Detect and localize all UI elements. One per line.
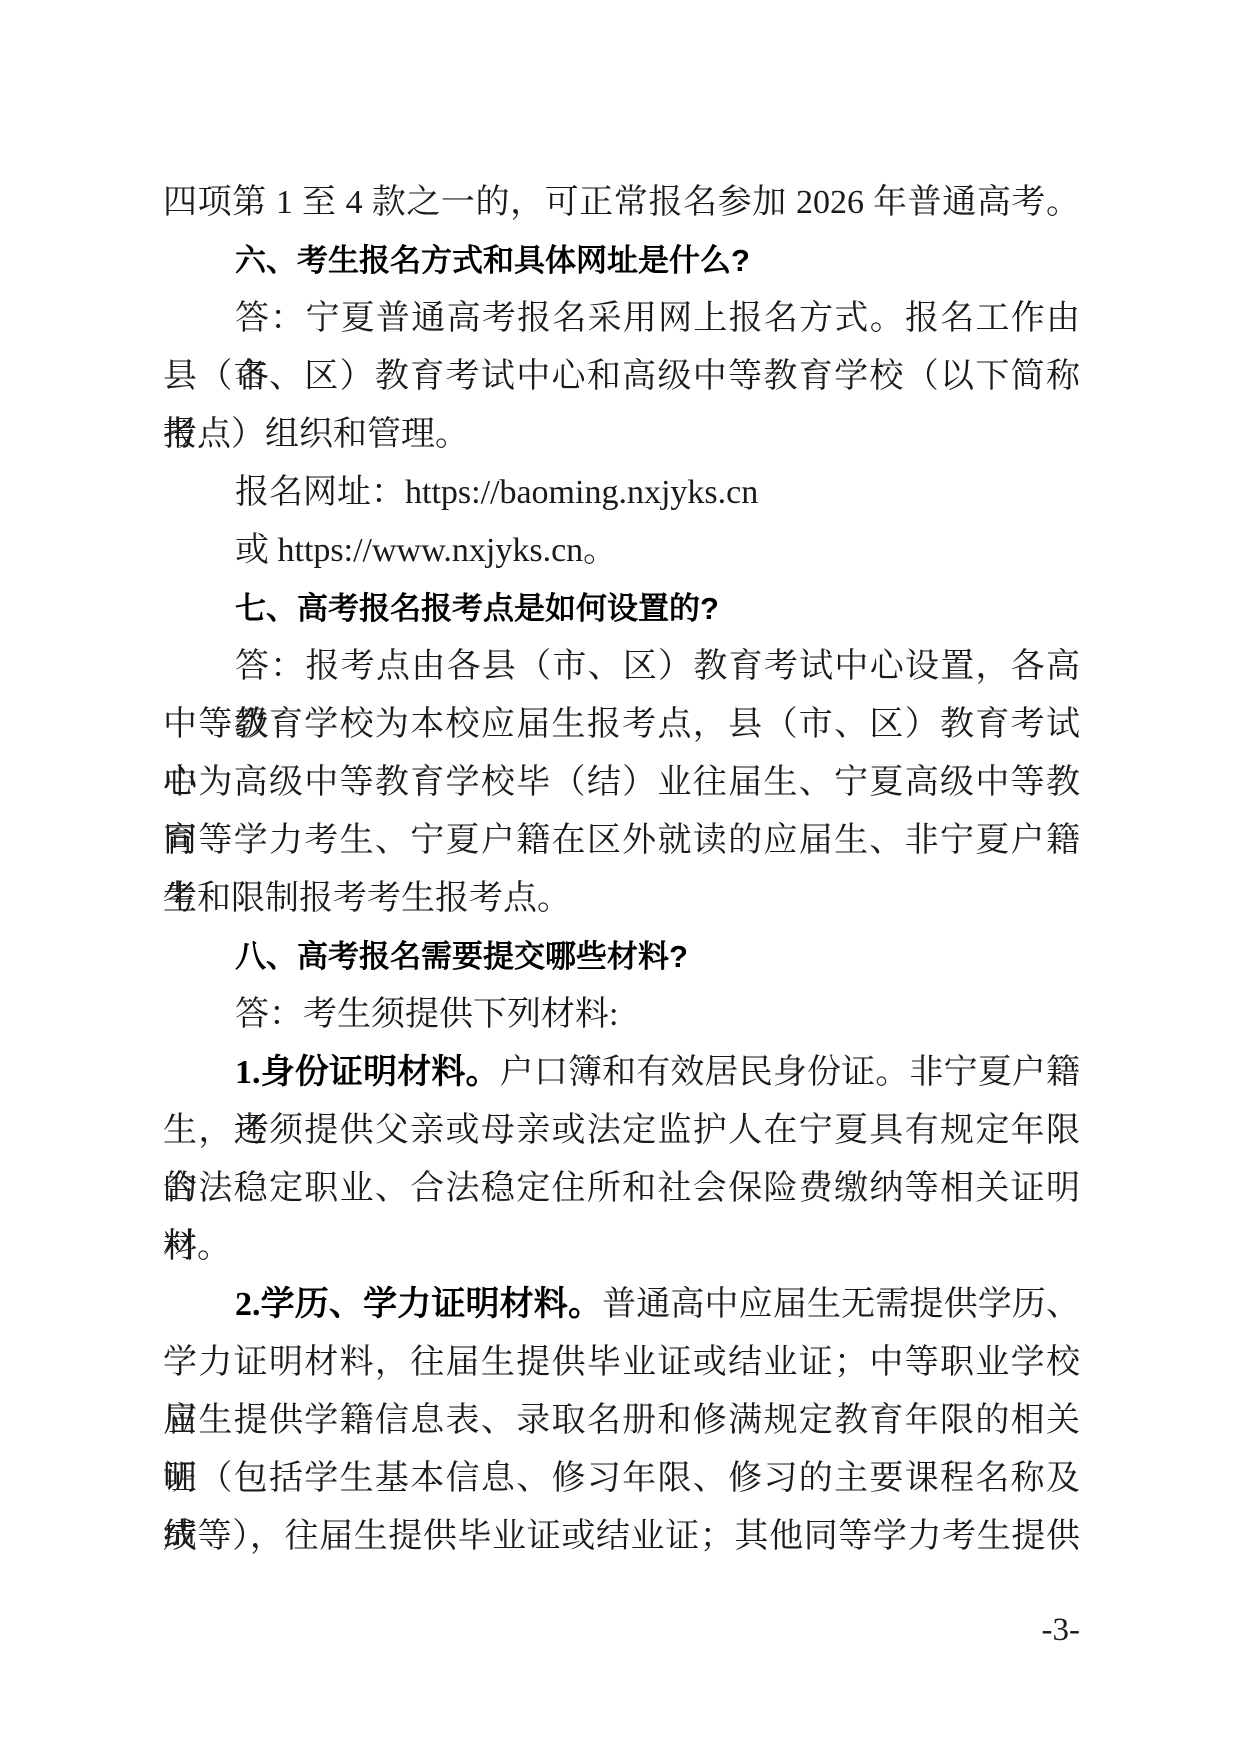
text-line-9: 答：报考点由各县（市、区）教育考试中心设置，各高级 <box>163 638 1080 696</box>
text-line-3: 答：宁夏普通高考报名采用网上报名方式。报名工作由各 <box>163 290 1080 348</box>
text-line-18: 合法稳定职业、合法稳定住所和社会保险费缴纳等相关证明材 <box>163 1160 1080 1218</box>
emphasis-text: 1.身份证明材料。 <box>235 1054 500 1091</box>
text-line-12: 同等学力考生、宁夏户籍在区外就读的应届生、非宁夏户籍考 <box>163 812 1080 870</box>
text-line-13: 生和限制报考考生报考点。 <box>163 870 1080 928</box>
section-heading-text: 八、高考报名需要提交哪些材料? <box>235 939 688 974</box>
body-text: 或 https://www.nxjyks.cn。 <box>235 532 617 569</box>
section-heading-text: 六、考生报名方式和具体网址是什么? <box>235 243 750 278</box>
body-text: 生和限制报考考生报考点。 <box>163 880 571 917</box>
section-heading-text: 七、高考报名报考点是如何设置的? <box>235 591 719 626</box>
text-line-22: 届生提供学籍信息表、录取名册和修满规定教育年限的相关证 <box>163 1392 1080 1450</box>
text-line-24: 绩等），往届生提供毕业证或结业证；其他同等学力考生提供 <box>163 1508 1080 1566</box>
document-body: 四项第 1 至 4 款之一的，可正常报名参加 2026 年普通高考。六、考生报名… <box>163 174 1080 1566</box>
page-number: -3- <box>163 1601 1084 1659</box>
text-line-2: 六、考生报名方式和具体网址是什么? <box>163 232 1080 290</box>
body-text: 答：考生须提供下列材料: <box>235 996 618 1033</box>
emphasis-text: 2.学历、学力证明材料。 <box>235 1286 602 1323</box>
text-line-14: 八、高考报名需要提交哪些材料? <box>163 928 1080 986</box>
body-text: 普通高中应届生无需提供学历、 <box>602 1286 1080 1323</box>
text-line-6: 报名网址：https://baoming.nxjyks.cn <box>163 464 1080 522</box>
text-line-17: 生，还须提供父亲或母亲或法定监护人在宁夏具有规定年限的 <box>163 1102 1080 1160</box>
body-text: 报名网址：https://baoming.nxjyks.cn <box>235 474 758 511</box>
body-text: 绩等），往届生提供毕业证或结业证；其他同等学力考生提供 <box>163 1518 1080 1555</box>
text-line-5: 考点）组织和管理。 <box>163 406 1080 464</box>
body-text: 四项第 1 至 4 款之一的，可正常报名参加 2026 年普通高考。 <box>163 184 1080 221</box>
text-line-11: 心为高级中等教育学校毕（结）业往届生、宁夏高级中等教育 <box>163 754 1080 812</box>
text-line-15: 答：考生须提供下列材料: <box>163 986 1080 1044</box>
text-line-10: 中等教育学校为本校应届生报考点，县（市、区）教育考试中 <box>163 696 1080 754</box>
text-line-23: 明（包括学生基本信息、修习年限、修习的主要课程名称及成 <box>163 1450 1080 1508</box>
text-line-7: 或 https://www.nxjyks.cn。 <box>163 522 1080 580</box>
text-line-16: 1.身份证明材料。户口簿和有效居民身份证。非宁夏户籍考 <box>163 1044 1080 1102</box>
body-text: 考点）组织和管理。 <box>163 416 469 453</box>
document-page: 四项第 1 至 4 款之一的，可正常报名参加 2026 年普通高考。六、考生报名… <box>0 0 1240 1754</box>
text-line-20: 2.学历、学力证明材料。普通高中应届生无需提供学历、 <box>163 1276 1080 1334</box>
text-line-1: 四项第 1 至 4 款之一的，可正常报名参加 2026 年普通高考。 <box>163 174 1080 232</box>
text-line-19: 料。 <box>163 1218 1080 1276</box>
text-line-21: 学力证明材料，往届生提供毕业证或结业证；中等职业学校应 <box>163 1334 1080 1392</box>
text-line-8: 七、高考报名报考点是如何设置的? <box>163 580 1080 638</box>
body-text: 料。 <box>163 1228 231 1265</box>
text-line-4: 县（市、区）教育考试中心和高级中等教育学校（以下简称报 <box>163 348 1080 406</box>
